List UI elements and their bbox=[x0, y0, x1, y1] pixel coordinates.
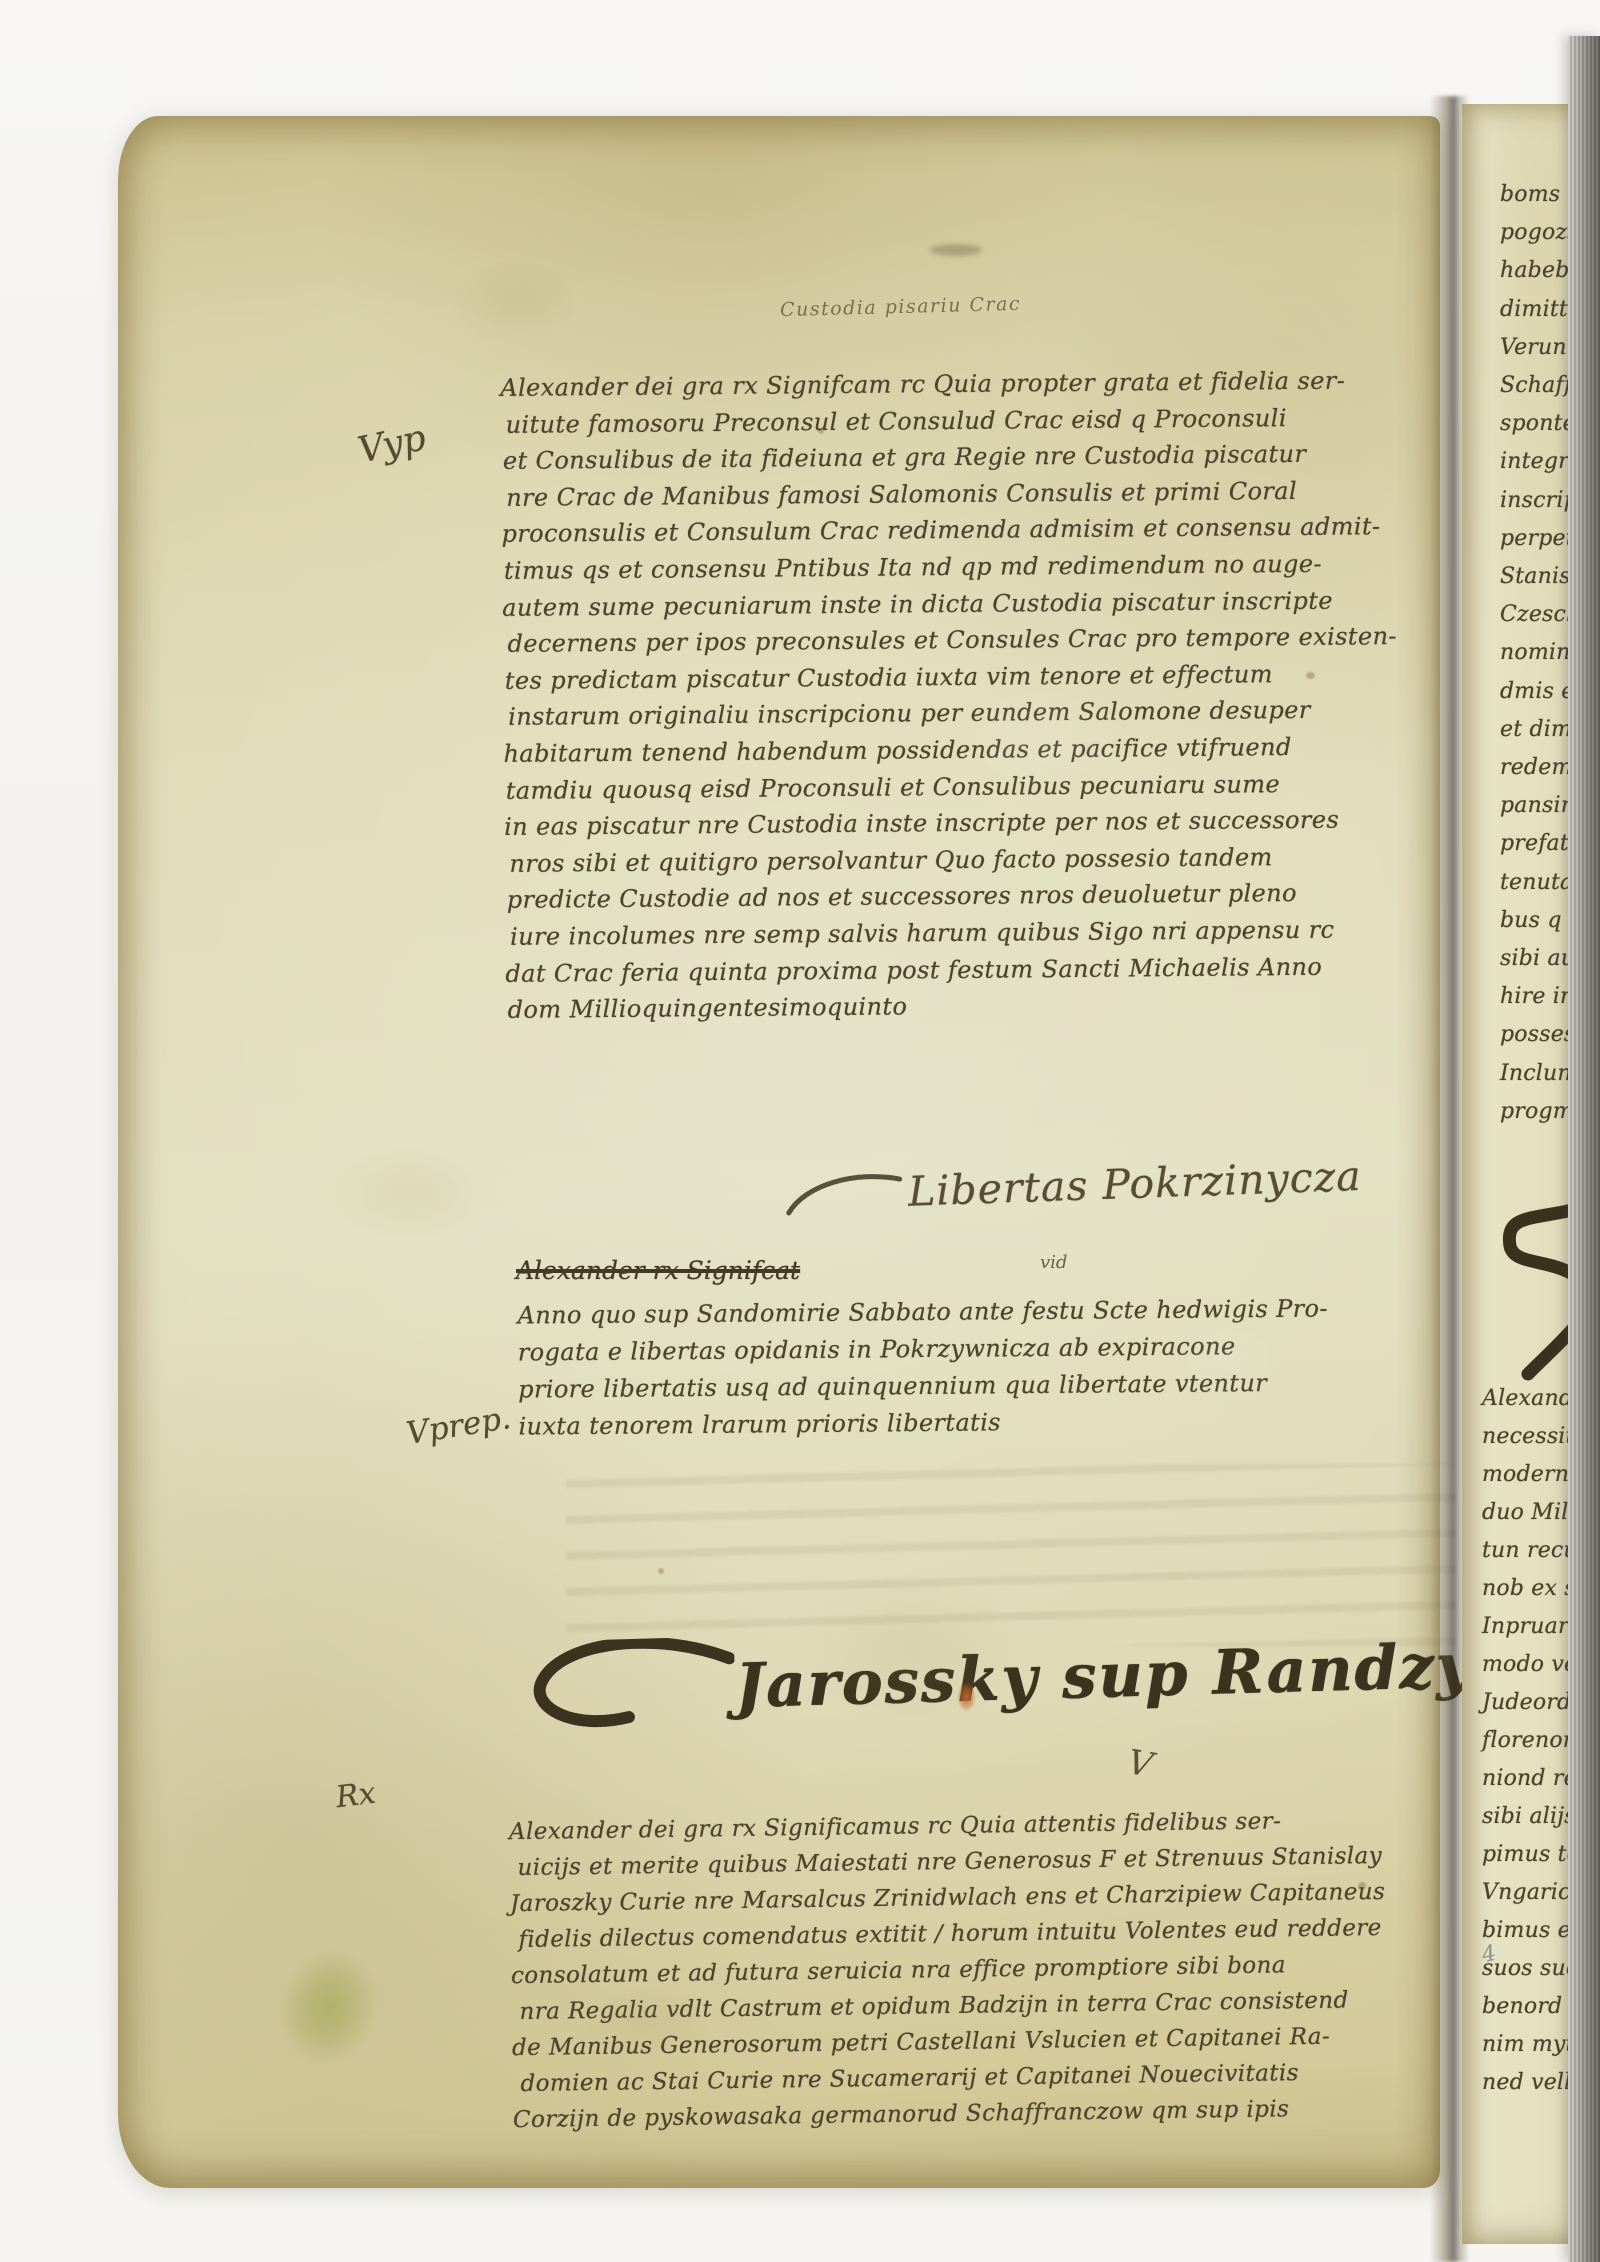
book-fore-edge bbox=[1568, 36, 1600, 2262]
manuscript-line: priore libertatis usq ad quinquennium qu… bbox=[518, 1364, 1329, 1408]
jarossky-entry-text: Alexander dei gra rx Significamus rc Qui… bbox=[509, 1802, 1389, 2138]
heading-libertas-pokrzinycza: Libertas Pokrzinycza bbox=[783, 1152, 1362, 1220]
margin-mark-vyp: Vyp bbox=[354, 417, 429, 471]
crossed-out-line: Alexander rx Signifcat bbox=[516, 1256, 800, 1285]
paragraph-mark: V bbox=[1125, 1742, 1156, 1786]
section-heading-text: Libertas Pokrzinycza bbox=[907, 1152, 1362, 1216]
edge-smudge bbox=[930, 244, 982, 256]
ink-speck bbox=[818, 428, 824, 434]
manuscript-page: Custodia pisariu Crac Vyp Alexander dei … bbox=[118, 116, 1440, 2188]
green-stain bbox=[264, 1936, 394, 2079]
libertas-entry-text: Anno quo sup Sandomirie Sabbato ante fes… bbox=[517, 1290, 1329, 1445]
section-heading-text: Jarossky sup Randzyn bbox=[734, 1629, 1520, 1722]
ink-speck bbox=[1358, 1882, 1366, 1890]
header-annotation: Custodia pisariu Crac bbox=[780, 293, 1022, 321]
pen-swash-icon bbox=[783, 1169, 905, 1219]
margin-mark-rx: Rx bbox=[334, 1776, 377, 1816]
manuscript-photo: Custodia pisariu Crac Vyp Alexander dei … bbox=[0, 0, 1600, 2262]
margin-mark-vprep: Vprep. bbox=[404, 1400, 513, 1452]
heading-jarossky-sup-randzyn: Jarossky sup Randzyn bbox=[529, 1614, 1521, 1742]
ink-speck bbox=[658, 1568, 664, 1574]
pen-flourish-icon bbox=[529, 1636, 737, 1742]
charter-custodia-text: Alexander dei gra rx Signifcam rc Quia p… bbox=[500, 362, 1400, 1028]
ink-speck bbox=[1306, 672, 1315, 679]
side-note-vid: vid bbox=[1040, 1252, 1067, 1273]
manuscript-line: dom Millioquingentesimoquinto bbox=[508, 984, 1401, 1028]
manuscript-line: iuxta tenorem lrarum prioris libertatis bbox=[518, 1401, 1329, 1445]
orange-ink-blot bbox=[957, 1682, 976, 1712]
